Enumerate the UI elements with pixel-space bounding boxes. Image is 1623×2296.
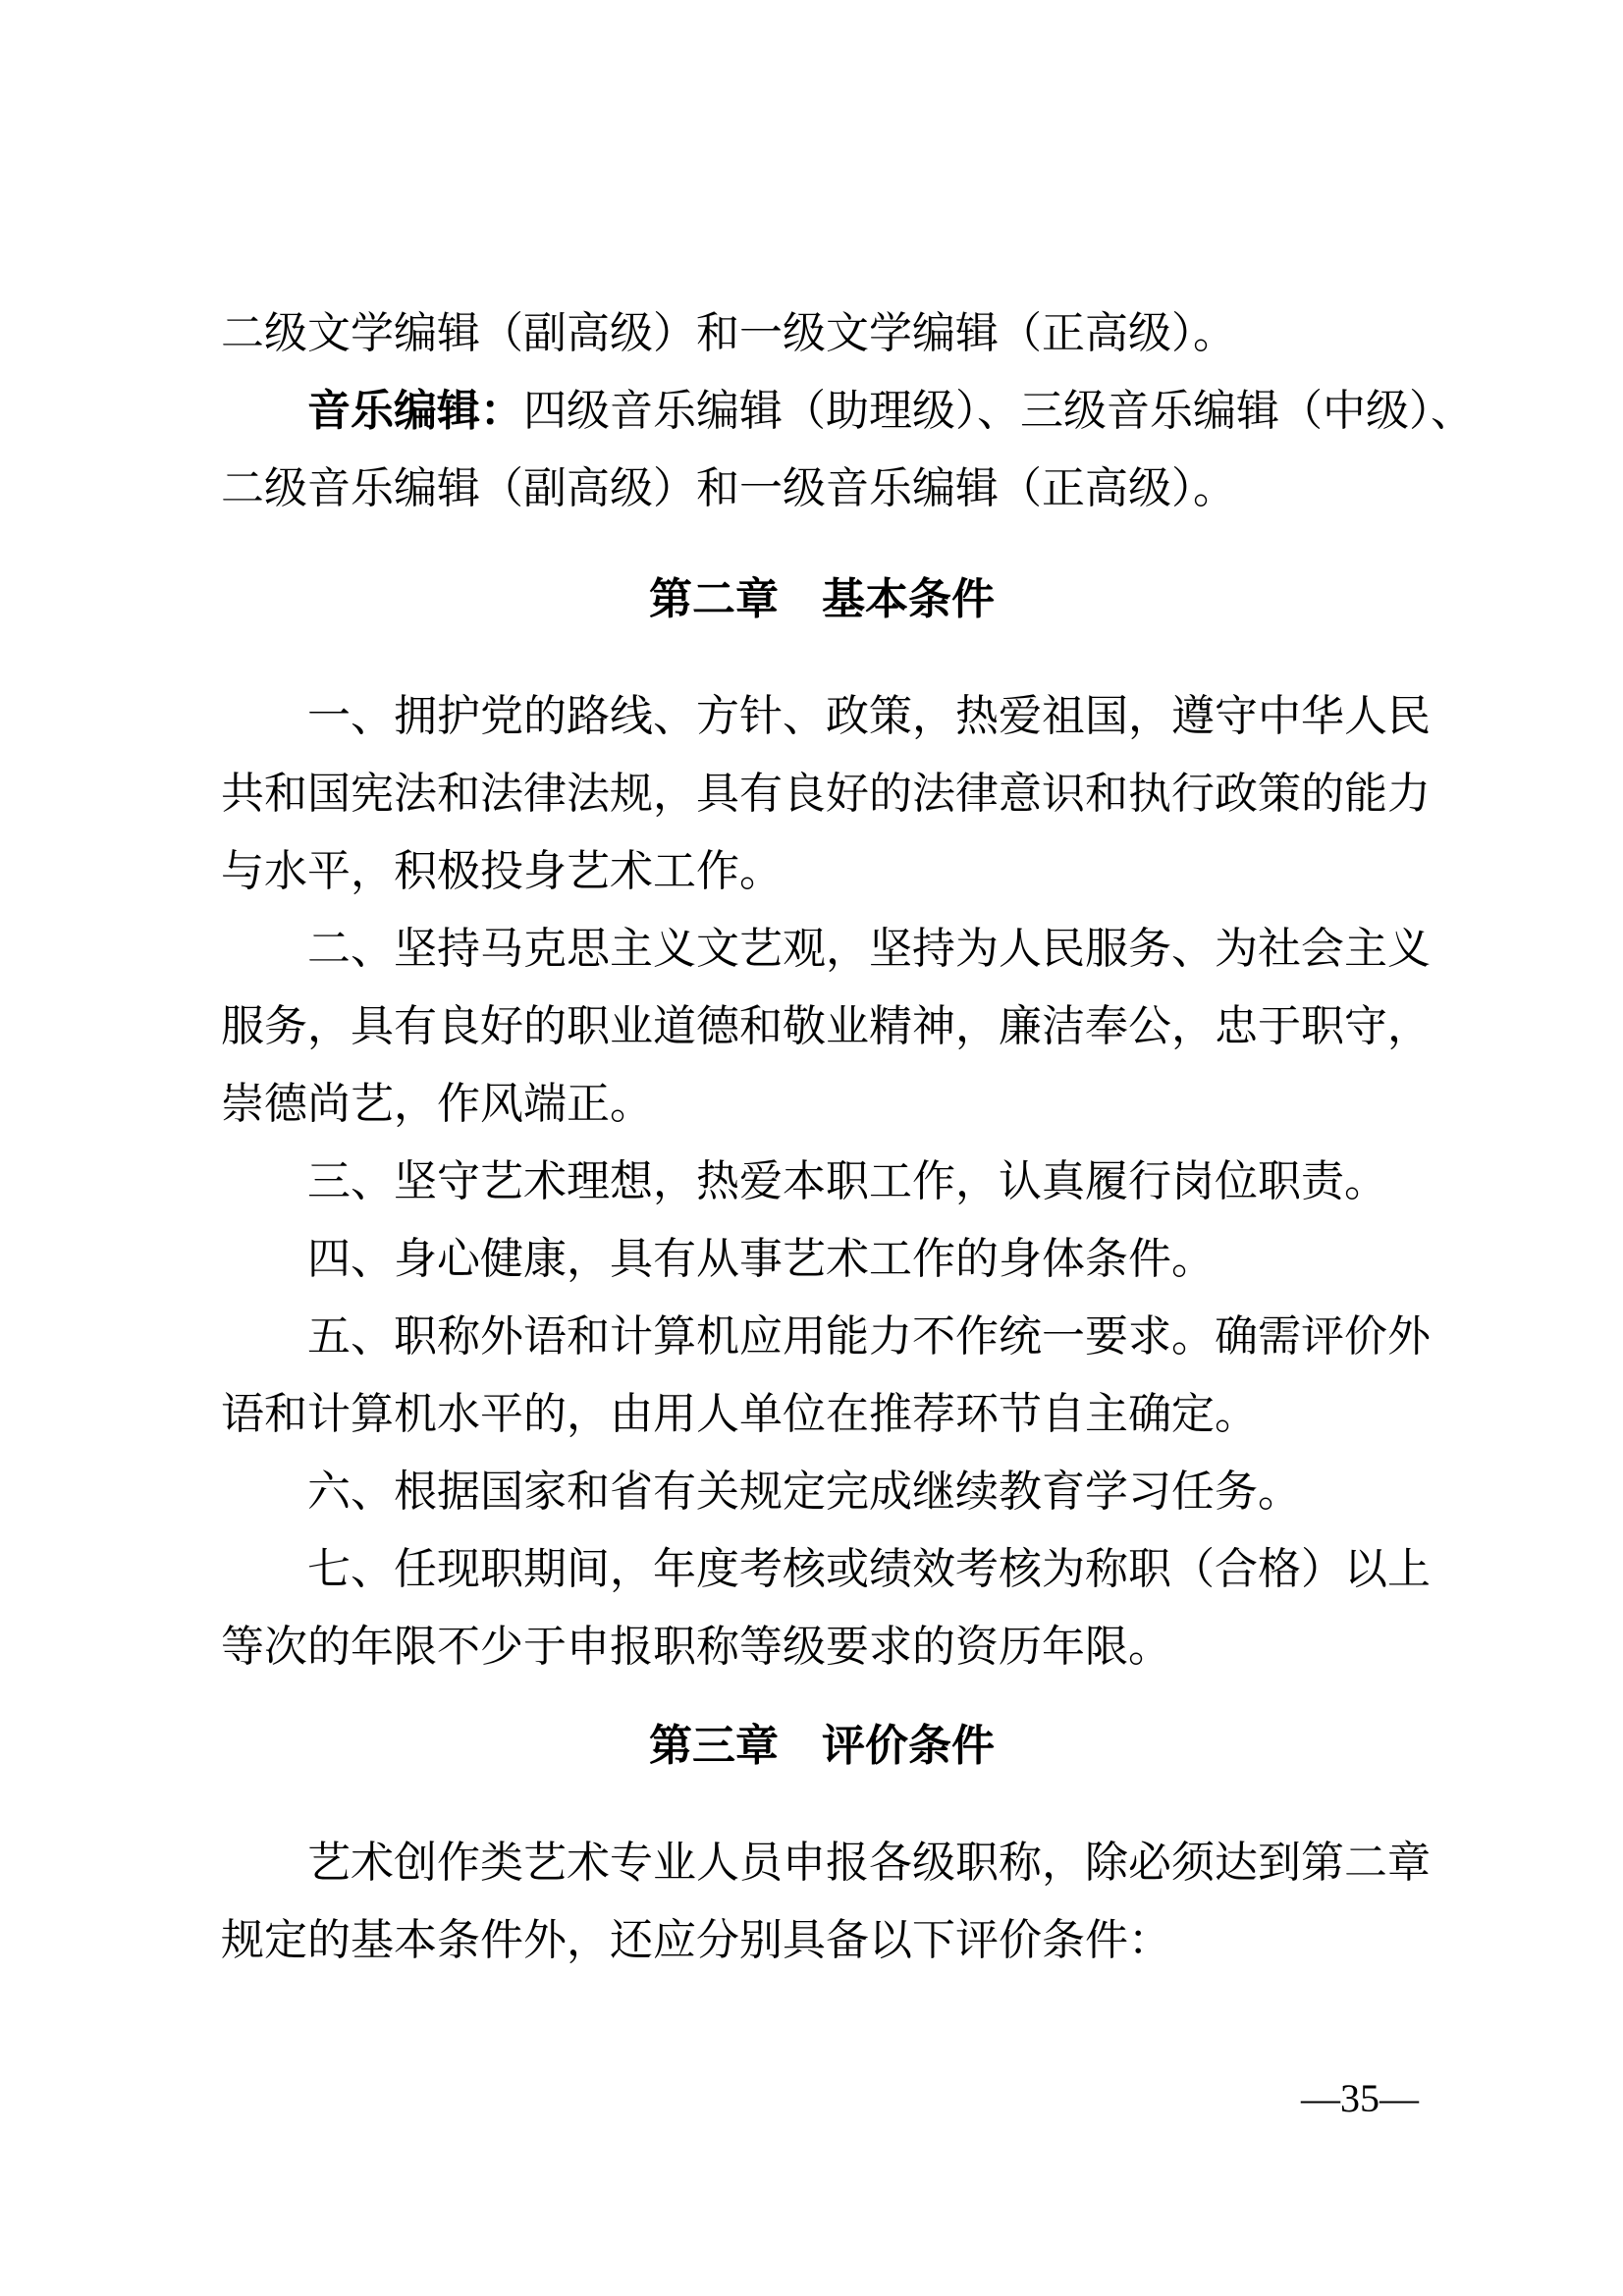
chapter2-item6-line1: 六、根据国家和省有关规定完成继续教育学习任务。 xyxy=(221,1453,1423,1530)
chapter2-item3-line1: 三、坚守艺术理想，热爱本职工作，认真履行岗位职责。 xyxy=(221,1143,1423,1220)
chapter2-item7-line1: 七、任现职期间，年度考核或绩效考核为称职（合格）以上 xyxy=(221,1530,1423,1608)
chapter2-item5-line1: 五、职称外语和计算机应用能力不作统一要求。确需评价外 xyxy=(221,1298,1423,1375)
music-editor-line1-text: 四级音乐编辑（助理级）、三级音乐编辑（中级）、 xyxy=(523,387,1474,435)
chapter2-item1-line1: 一、拥护党的路线、方针、政策，热爱祖国，遵守中华人民 xyxy=(221,677,1423,755)
chapter3-intro-line1: 艺术创作类艺术专业人员申报各级职称，除必须达到第二章 xyxy=(221,1824,1423,1901)
chapter2-item4-line1: 四、身心健康，具有从事艺术工作的身体条件。 xyxy=(221,1220,1423,1298)
chapter2-item2-line1: 二、坚持马克思主义文艺观，坚持为人民服务、为社会主义 xyxy=(221,910,1423,988)
document-page: 二级文学编辑（副高级）和一级文学编辑（正高级）。 音乐编辑：四级音乐编辑（助理级… xyxy=(0,0,1623,2296)
chapter2-heading: 第二章 基本条件 xyxy=(221,561,1423,638)
chapter2-item7-line2: 等次的年限不少于申报职称等级要求的资历年限。 xyxy=(221,1608,1423,1685)
chapter2-item2-line2: 服务，具有良好的职业道德和敬业精神，廉洁奉公，忠于职守， xyxy=(221,988,1423,1065)
chapter2-item1-line3: 与水平，积极投身艺术工作。 xyxy=(221,832,1423,910)
paragraph-music-editor-line2: 二级音乐编辑（副高级）和一级音乐编辑（正高级）。 xyxy=(221,450,1423,527)
paragraph-literary-editor-tail-line: 二级文学编辑（副高级）和一级文学编辑（正高级）。 xyxy=(221,294,1423,372)
paragraph-music-editor-line1: 音乐编辑：四级音乐编辑（助理级）、三级音乐编辑（中级）、 xyxy=(221,372,1423,450)
music-editor-lead-label: 音乐编辑： xyxy=(307,387,523,435)
document-content: 二级文学编辑（副高级）和一级文学编辑（正高级）。 音乐编辑：四级音乐编辑（助理级… xyxy=(221,294,1423,1979)
chapter2-item5-line2: 语和计算机水平的，由用人单位在推荐环节自主确定。 xyxy=(221,1375,1423,1453)
chapter3-heading: 第三章 评价条件 xyxy=(221,1707,1423,1785)
page-number: —35— xyxy=(1301,2077,1419,2120)
chapter2-item1-line2: 共和国宪法和法律法规，具有良好的法律意识和执行政策的能力 xyxy=(221,755,1423,832)
chapter3-intro-line2: 规定的基本条件外，还应分别具备以下评价条件： xyxy=(221,1901,1423,1979)
chapter2-item2-line3: 崇德尚艺，作风端正。 xyxy=(221,1065,1423,1143)
